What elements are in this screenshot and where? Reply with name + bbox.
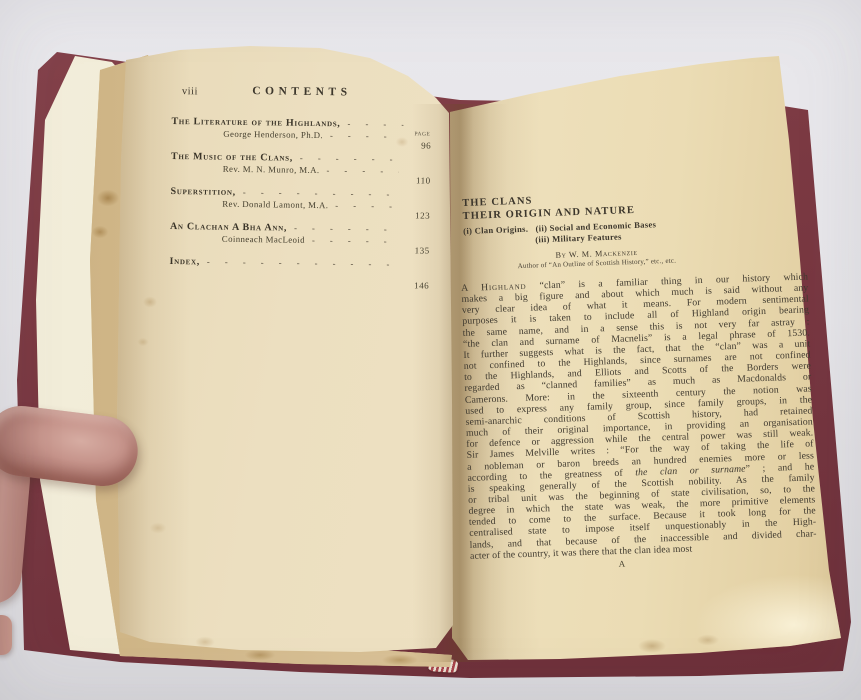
entry-leader-dashes: - - - - - - - - - - - - - - - - - - - - … — [287, 223, 402, 235]
entry-title-row: Index, - - - - - - - - - - - - - - - - -… — [169, 256, 427, 271]
entry-title: Superstition, — [170, 186, 236, 198]
page-column-label: PAGE — [414, 131, 430, 137]
entry-page-number: 123 — [415, 210, 430, 220]
entry-title: The Music of the Clans, — [171, 151, 293, 164]
book-photo: viii CONTENTS The Literature of the High… — [0, 0, 861, 700]
finger-tip — [0, 615, 12, 655]
contents-entry: Superstition, - - - - - - - - - - - - - … — [170, 186, 430, 215]
entry-leader-dashes: - - - - - - - - - - - - - - - - - - - - … — [293, 153, 403, 165]
entry-page-number: 146 — [414, 280, 429, 290]
contents-header-row: viii CONTENTS — [172, 84, 432, 104]
body-lines: A Highland “clan” is a familiar thing in… — [461, 271, 817, 561]
entry-author: Coinneach MacLeoid — [222, 234, 305, 245]
entry-author-leader-dashes: - - - - - - - - - - - - - - - - - - - - … — [328, 200, 398, 211]
chapter-heading-block: THE CLANS THEIR ORIGIN AND NATURE (i) Cl… — [462, 185, 809, 272]
entry-page-number: 135 — [415, 245, 430, 255]
contents-entry: An Clachan A Bha Ann, - - - - - - - - - … — [170, 221, 430, 250]
entry-title: The Literature of the Highlands, — [171, 116, 340, 129]
entry-author-row: George Henderson, Ph.D. - - - - - - - - … — [171, 127, 429, 142]
entry-title: An Clachan A Bha Ann, — [170, 221, 287, 234]
contents-entry: The Literature of the Highlands, - - - -… — [171, 116, 431, 145]
contents-list: The Literature of the Highlands, - - - -… — [169, 116, 431, 285]
body-text: A Highland “clan” is a familiar thing in… — [461, 271, 817, 573]
contents-heading: CONTENTS — [172, 84, 432, 100]
entry-leader-dashes: - - - - - - - - - - - - - - - - - - - - … — [200, 256, 402, 269]
entry-author-row: Rev. M. N. Munro, M.A. - - - - - - - - -… — [171, 162, 429, 177]
entry-page-number: 96 — [421, 140, 431, 150]
contents-entry: Index, - - - - - - - - - - - - - - - - -… — [169, 256, 429, 285]
entry-author-leader-dashes: - - - - - - - - - - - - - - - - - - - - … — [305, 235, 398, 246]
entry-author: George Henderson, Ph.D. — [223, 129, 323, 140]
entry-author-row: Rev. Donald Lamont, M.A. - - - - - - - -… — [170, 197, 428, 212]
entry-author-leader-dashes: - - - - - - - - - - - - - - - - - - - - … — [323, 130, 399, 141]
entry-author-row: Coinneach MacLeoid - - - - - - - - - - -… — [170, 232, 428, 247]
entry-page-number: 110 — [416, 175, 431, 185]
entry-leader-dashes: - - - - - - - - - - - - - - - - - - - - … — [340, 118, 403, 129]
entry-author: Rev. M. N. Munro, M.A. — [223, 164, 320, 175]
contents-page-text: viii CONTENTS The Literature of the High… — [169, 84, 432, 295]
entry-author: Rev. Donald Lamont, M.A. — [222, 199, 328, 210]
entry-author-leader-dashes: - - - - - - - - - - - - - - - - - - - - … — [319, 165, 398, 176]
contents-entry: The Music of the Clans, - - - - - - - - … — [171, 151, 431, 180]
entry-title: Index, — [169, 256, 200, 267]
